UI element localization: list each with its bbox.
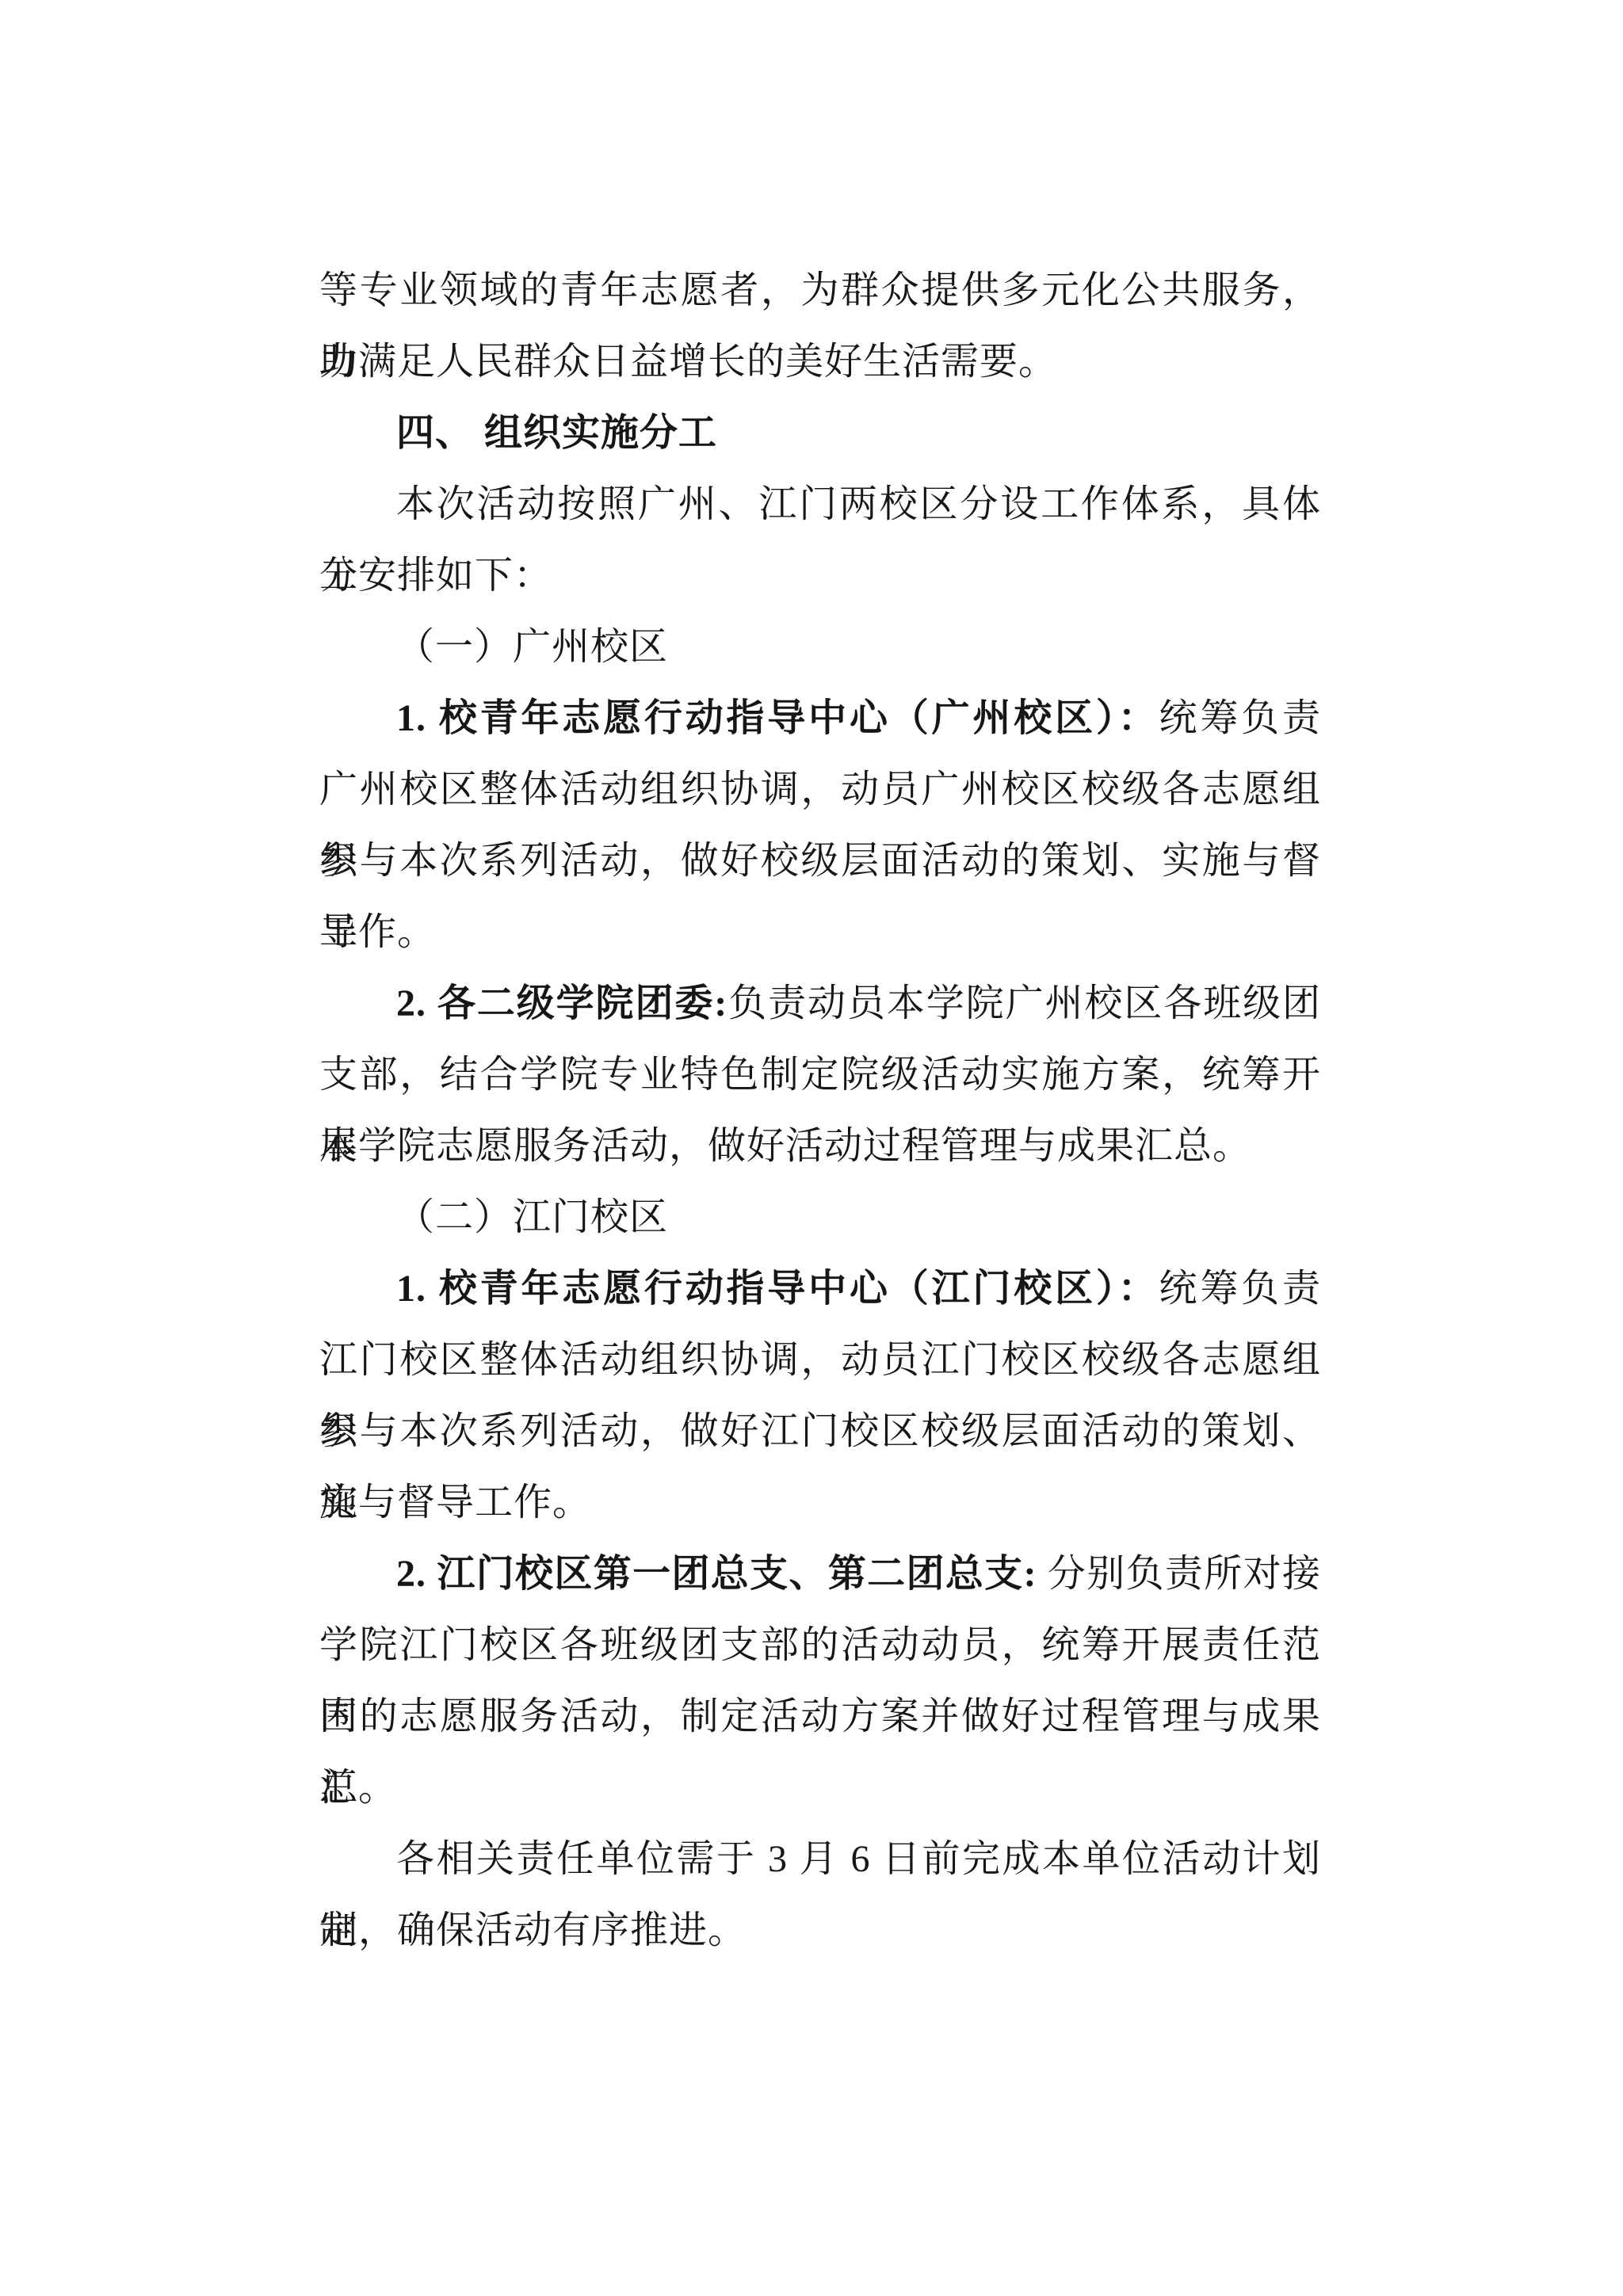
text-line: 2. 江门校区第一团总支、第二团总支: 分别负责所对接 xyxy=(319,1539,1321,1610)
text-block: 等专业领域的青年志愿者，为群众提供多元化公共服务，助力满足人民群众日益增长的美好… xyxy=(319,255,1321,1966)
text-line: 总。 xyxy=(319,1753,1321,1824)
text-line: 参与本次系列活动，做好江门校区校级层面活动的策划、实 xyxy=(319,1396,1321,1467)
text-line: 广州校区整体活动组织协调，动员广州校区校级各志愿组织 xyxy=(319,754,1321,826)
text-segment: 分别负责所对接 xyxy=(1048,1553,1321,1595)
text-line: 1. 校青年志愿行动指导中心（江门校区）：统筹负责 xyxy=(319,1253,1321,1325)
text-segment: （二）江门校区 xyxy=(396,1196,668,1238)
text-line: 江门校区整体活动组织协调，动员江门校区校级各志愿组织 xyxy=(319,1325,1321,1396)
text-line: 本次活动按照广州、江门两校区分设工作体系，具体分 xyxy=(319,469,1321,540)
bold-text-segment: 1. 校青年志愿行动指导中心（广州校区）： xyxy=(396,697,1159,739)
text-line: 参与本次系列活动，做好校级层面活动的策划、实施与督导 xyxy=(319,826,1321,897)
text-line: 力满足人民群众日益增长的美好生活需要。 xyxy=(319,326,1321,398)
text-line: 定，确保活动有序推进。 xyxy=(319,1895,1321,1966)
text-line: 2. 各二级学院团委:负责动员本学院广州校区各班级团 xyxy=(319,968,1321,1039)
bold-text-segment: 2. 江门校区第一团总支、第二团总支: xyxy=(396,1553,1048,1595)
text-segment: 总。 xyxy=(319,1767,397,1809)
text-segment: 本学院志愿服务活动，做好活动过程管理与成果汇总。 xyxy=(319,1125,1251,1167)
bold-text-segment: 四、 组织实施分工 xyxy=(396,412,717,454)
document-page: 等专业领域的青年志愿者，为群众提供多元化公共服务，助力满足人民群众日益增长的美好… xyxy=(0,0,1623,2296)
text-line: 1. 校青年志愿行动指导中心（广州校区）：统筹负责 xyxy=(319,683,1321,754)
text-segment: 工作。 xyxy=(319,911,436,953)
text-line: 各相关责任单位需于 3 月 6 日前完成本单位活动计划制 xyxy=(319,1824,1321,1895)
text-line: 支部，结合学院专业特色制定院级活动实施方案，统筹开展 xyxy=(319,1039,1321,1111)
text-segment: 定，确保活动有序推进。 xyxy=(319,1909,747,1951)
text-line: 四、 组织实施分工 xyxy=(319,398,1321,469)
text-line: 施与督导工作。 xyxy=(319,1467,1321,1539)
bold-text-segment: 2. 各二级学院团委: xyxy=(396,982,727,1024)
text-line: 本学院志愿服务活动，做好活动过程管理与成果汇总。 xyxy=(319,1111,1321,1182)
text-segment: 力满足人民群众日益增长的美好生活需要。 xyxy=(319,341,1057,383)
text-segment: 统筹负责 xyxy=(1159,1268,1321,1310)
text-line: 工作。 xyxy=(319,897,1321,968)
text-segment: 负责动员本学院广州校区各班级团 xyxy=(727,982,1321,1024)
text-line: 等专业领域的青年志愿者，为群众提供多元化公共服务，助 xyxy=(319,255,1321,326)
text-line: （一）广州校区 xyxy=(319,612,1321,683)
text-segment: 统筹负责 xyxy=(1159,697,1321,739)
text-segment: 施与督导工作。 xyxy=(319,1482,591,1524)
text-line: （二）江门校区 xyxy=(319,1182,1321,1253)
text-segment: 工安排如下： xyxy=(319,555,552,597)
text-segment: （一）广州校区 xyxy=(396,626,668,668)
text-line: 内的志愿服务活动，制定活动方案并做好过程管理与成果汇 xyxy=(319,1681,1321,1753)
bold-text-segment: 1. 校青年志愿行动指导中心（江门校区）： xyxy=(396,1268,1159,1310)
text-line: 学院江门校区各班级团支部的活动动员，统筹开展责任范围 xyxy=(319,1610,1321,1681)
text-line: 工安排如下： xyxy=(319,540,1321,612)
